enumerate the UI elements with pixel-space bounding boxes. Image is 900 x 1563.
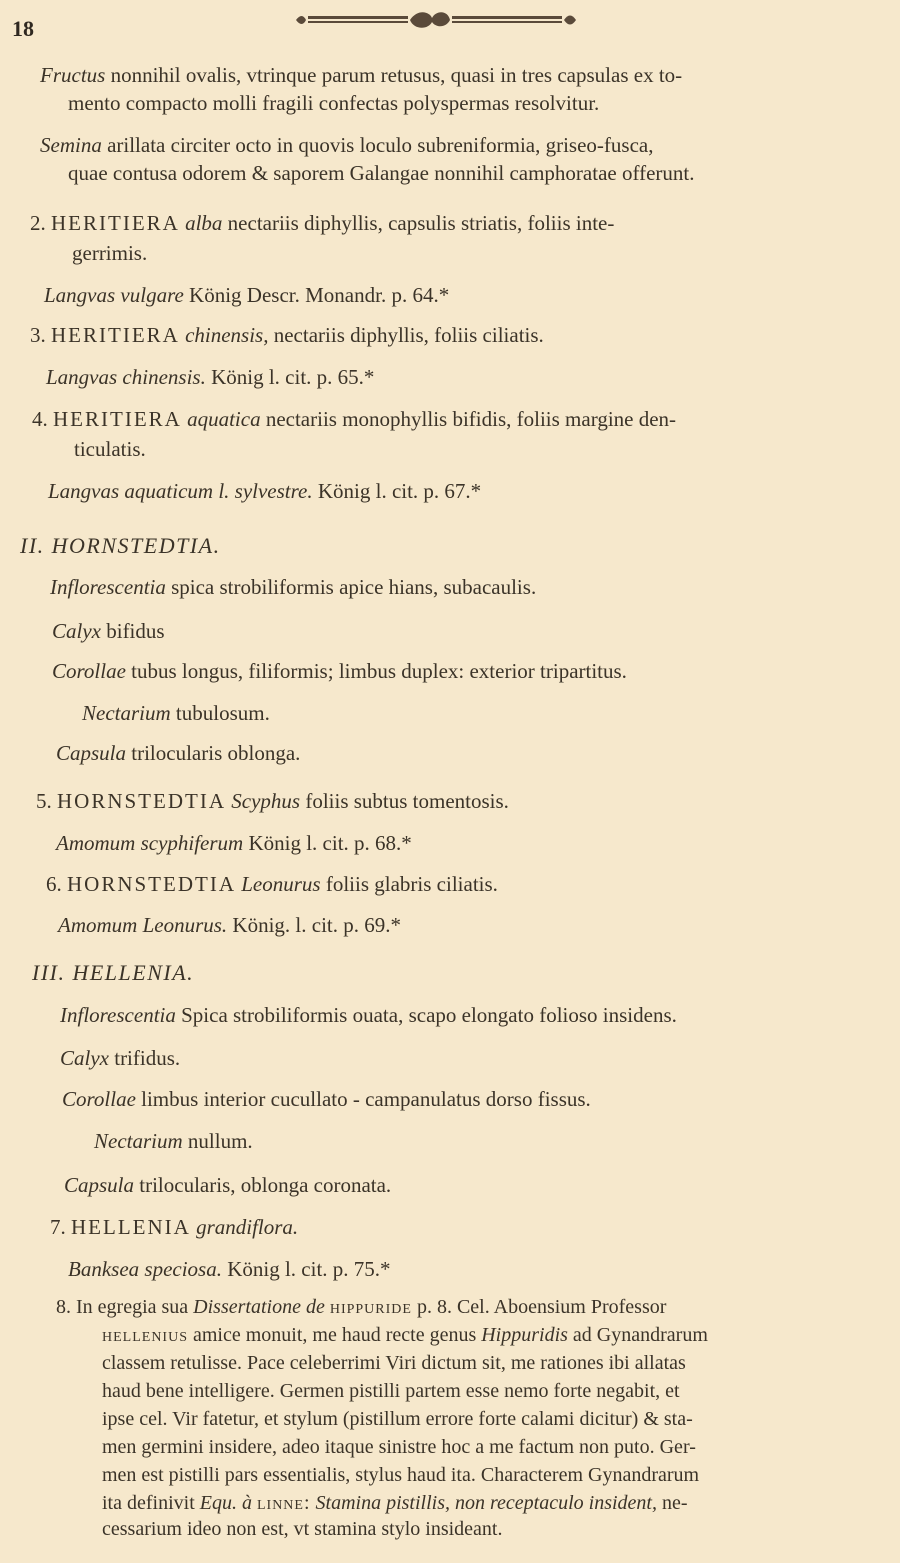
- hellenia-inflorescentia: Inflorescentia Spica strobiliformis ouat…: [60, 1002, 677, 1028]
- species-2-reference: Langvas vulgare König Descr. Monandr. p.…: [44, 282, 449, 308]
- section-heading-hornstedtia: II. HORNSTEDTIA.: [20, 533, 221, 559]
- note-8-line-2: hellenius amice monuit, me haud recte ge…: [102, 1322, 708, 1348]
- note-8-line-6: men germini insidere, adeo itaque sinist…: [102, 1434, 696, 1460]
- hornstedtia-calyx: Calyx bifidus: [52, 618, 165, 644]
- species-5-reference: Amomum scyphiferum König l. cit. p. 68.*: [56, 830, 412, 856]
- semina-line-2: quae contusa odorem & saporem Galangae n…: [68, 160, 694, 186]
- species-7-line-1: 7. HELLENIA grandiflora.: [50, 1214, 298, 1240]
- headpiece-ornament-icon: [292, 9, 582, 31]
- note-8-line-8: ita definivit Equ. à linne: Stamina pist…: [102, 1490, 688, 1516]
- species-6-line-1: 6. HORNSTEDTIA Leonurus foliis glabris c…: [46, 871, 498, 897]
- hornstedtia-corollae: Corollae tubus longus, filiformis; limbu…: [52, 658, 627, 684]
- hellenia-capsula: Capsula trilocularis, oblonga coronata.: [64, 1172, 391, 1198]
- species-4-line-2: ticulatis.: [74, 436, 146, 462]
- hellenia-nectarium: Nectarium nullum.: [94, 1128, 253, 1154]
- note-8-line-5: ipse cel. Vir fatetur, et stylum (pistil…: [102, 1406, 693, 1432]
- hornstedtia-inflorescentia: Inflorescentia spica strobiliformis apic…: [50, 574, 536, 600]
- species-2-line-1: 2. HERITIERA alba nectariis diphyllis, c…: [30, 210, 614, 236]
- species-7-reference: Banksea speciosa. König l. cit. p. 75.*: [68, 1256, 391, 1282]
- book-page: 18 Fructus nonnihil ovalis, vtrinque par…: [0, 0, 900, 1563]
- note-8-line-1: 8. In egregia sua Dissertatione de hippu…: [56, 1294, 666, 1320]
- note-8-line-9: cessarium ideo non est, vt stamina stylo…: [102, 1516, 503, 1542]
- species-3-line-1: 3. HERITIERA chinensis, nectariis diphyl…: [30, 322, 544, 348]
- species-5-line-1: 5. HORNSTEDTIA Scyphus foliis subtus tom…: [36, 788, 509, 814]
- note-8-line-3: classem retulisse. Pace celeberrimi Viri…: [102, 1350, 686, 1376]
- species-4-reference: Langvas aquaticum l. sylvestre. König l.…: [48, 478, 481, 504]
- note-8-line-4: haud bene intelligere. Germen pistilli p…: [102, 1378, 680, 1404]
- hornstedtia-nectarium: Nectarium tubulosum.: [82, 700, 270, 726]
- fructus-line-2: mento compacto molli fragili confectas p…: [68, 90, 599, 116]
- fructus-line-1: Fructus nonnihil ovalis, vtrinque parum …: [40, 62, 682, 88]
- note-8-line-7: men est pistilli pars essentialis, stylu…: [102, 1462, 699, 1488]
- section-heading-hellenia: III. HELLENIA.: [32, 960, 194, 986]
- hornstedtia-capsula: Capsula trilocularis oblonga.: [56, 740, 300, 766]
- species-3-reference: Langvas chinensis. König l. cit. p. 65.*: [46, 364, 374, 390]
- hellenia-corollae: Corollae limbus interior cucullato - cam…: [62, 1086, 591, 1112]
- page-number: 18: [12, 16, 34, 42]
- species-2-line-2: gerrimis.: [72, 240, 147, 266]
- semina-line-1: Semina arillata circiter octo in quovis …: [40, 132, 653, 158]
- species-4-line-1: 4. HERITIERA aquatica nectariis monophyl…: [32, 406, 676, 432]
- hellenia-calyx: Calyx trifidus.: [60, 1045, 180, 1071]
- species-6-reference: Amomum Leonurus. König. l. cit. p. 69.*: [58, 912, 401, 938]
